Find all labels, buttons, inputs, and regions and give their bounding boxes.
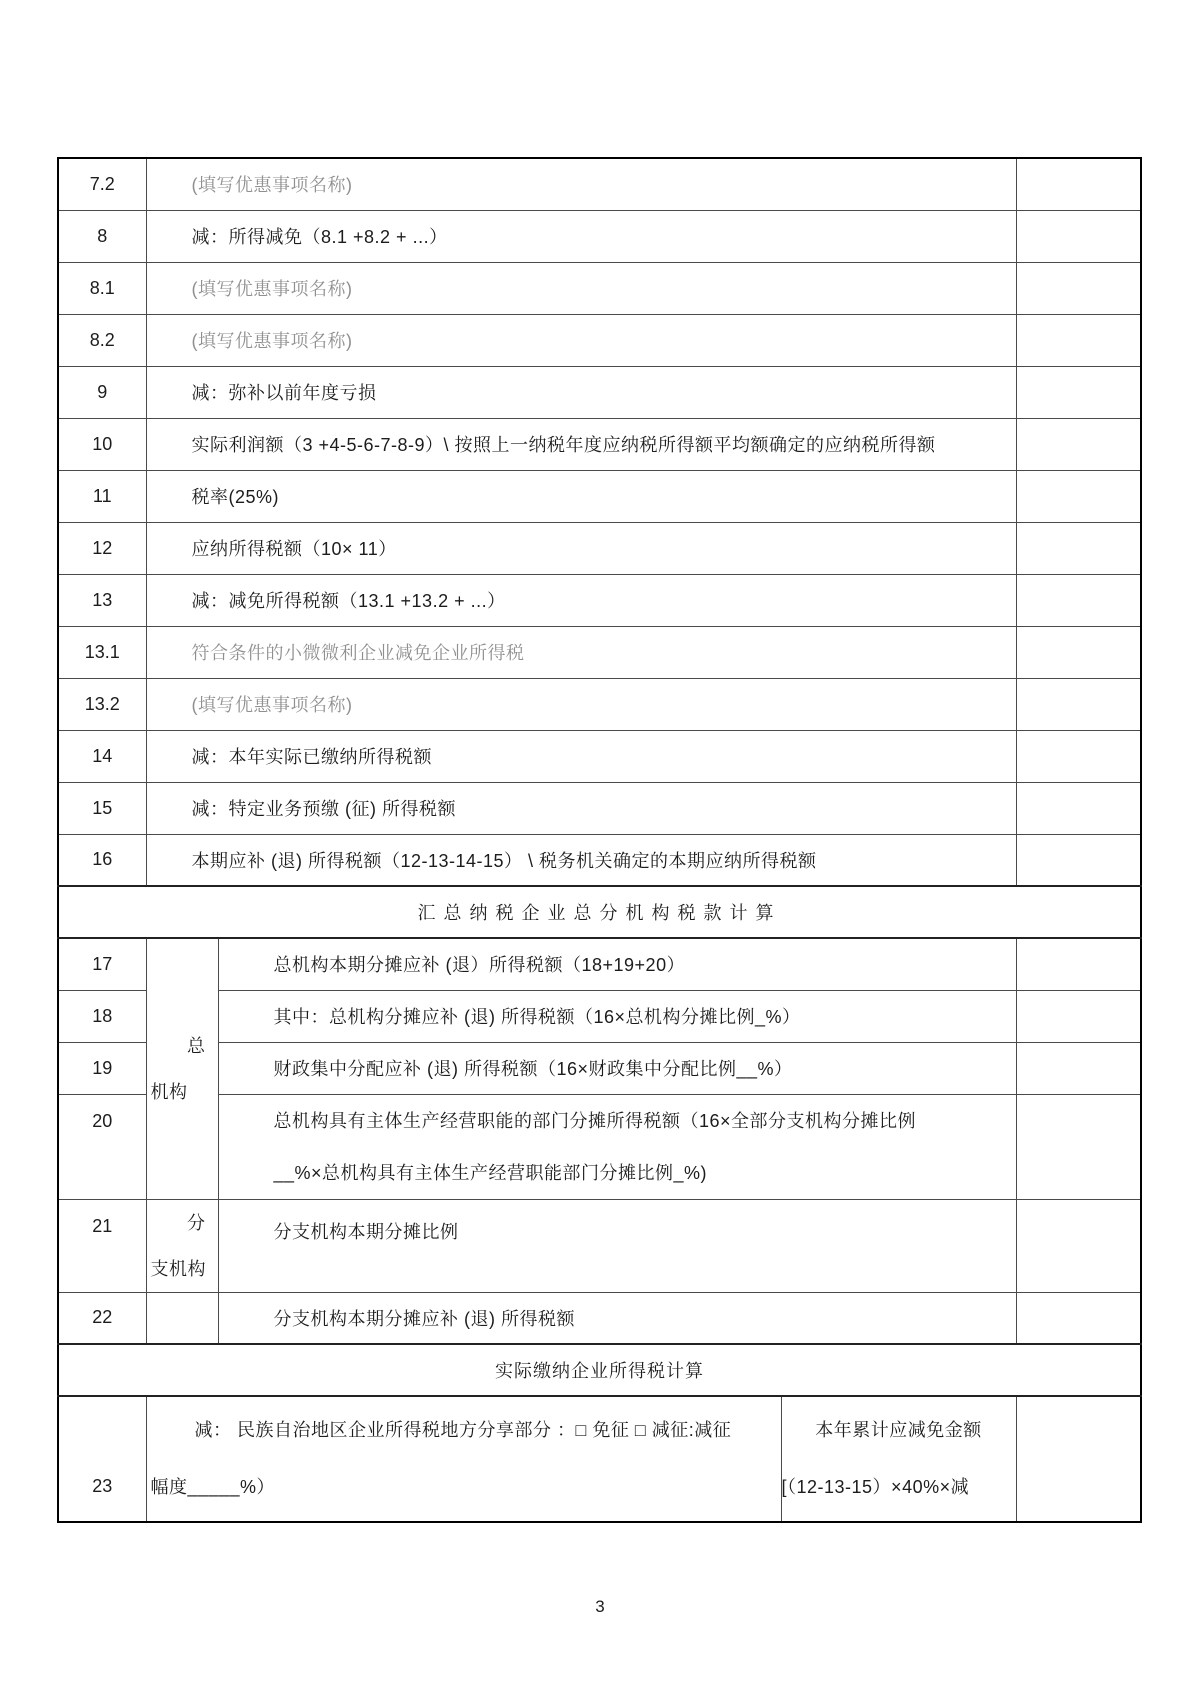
table-row: 10 实际利润额（3 +4-5-6-7-8-9）\ 按照上一纳税年度应纳税所得额… (58, 418, 1141, 470)
row-13-1-label: 符合条件的小微微利企业减免企业所得税 (146, 626, 1016, 678)
row-23-label-line2: 幅度_____%） (147, 1459, 781, 1516)
row-18-number: 18 (58, 990, 146, 1042)
section-title-consolidated-tax: 汇总纳税企业总分机构税款计算 (58, 886, 1141, 938)
row-8-2-number: 8.2 (58, 314, 146, 366)
row-10-value-cell (1016, 418, 1141, 470)
row-17-label: 总机构本期分摊应补 (退）所得税额（18+19+20） (218, 938, 1016, 990)
row-20-value-cell (1016, 1094, 1141, 1199)
row-12-label: 应纳所得税额（10× 11） (146, 522, 1016, 574)
row-22-number: 22 (58, 1292, 146, 1344)
row-23-cumulative-reduction-header: 本年累计应减免金额 [（12-13-15）×40%×减 (781, 1396, 1016, 1522)
tax-form-table-page: 7.2 (填写优惠事项名称) 8 减：所得减免（8.1 +8.2 + ...） … (57, 157, 1142, 1523)
row-13-2-label: (填写优惠事项名称) (146, 678, 1016, 730)
row-8-number: 8 (58, 210, 146, 262)
row-23-value-cell (1016, 1396, 1141, 1522)
row-22-group-cell-empty (146, 1292, 218, 1344)
row-8-2-label: (填写优惠事项名称) (146, 314, 1016, 366)
table-row: 13 减：减免所得税额（13.1 +13.2 + ...） (58, 574, 1141, 626)
table-row: 11 税率(25%) (58, 470, 1141, 522)
row-14-number: 14 (58, 730, 146, 782)
row-17-value-cell (1016, 938, 1141, 990)
table-row: 9 减：弥补以前年度亏损 (58, 366, 1141, 418)
row-20-label: 总机构具有主体生产经营职能的部门分摊所得税额（16×全部分支机构分摊比例 __%… (218, 1094, 1016, 1199)
row-15-number: 15 (58, 782, 146, 834)
row-19-number: 19 (58, 1042, 146, 1094)
row-18-value-cell (1016, 990, 1141, 1042)
section-header-row: 汇总纳税企业总分机构税款计算 (58, 886, 1141, 938)
section-header-row: 实际缴纳企业所得税计算 (58, 1344, 1141, 1396)
table-row: 19 财政集中分配应补 (退) 所得税额（16×财政集中分配比例__%） (58, 1042, 1141, 1094)
row-16-label: 本期应补 (退) 所得税额（12-13-14-15） \ 税务机关确定的本期应纳… (146, 834, 1016, 886)
row-21-value-cell (1016, 1199, 1141, 1292)
row-11-number: 11 (58, 470, 146, 522)
row-13-1-number: 13.1 (58, 626, 146, 678)
row-19-label: 财政集中分配应补 (退) 所得税额（16×财政集中分配比例__%） (218, 1042, 1016, 1094)
row-14-label: 减：本年实际已缴纳所得税额 (146, 730, 1016, 782)
row-13-1-value-cell (1016, 626, 1141, 678)
row-8-2-value-cell (1016, 314, 1141, 366)
row-23-number: 23 (58, 1396, 146, 1522)
row-21-label: 分支机构本期分摊比例 (218, 1199, 1016, 1292)
table-row: 14 减：本年实际已缴纳所得税额 (58, 730, 1141, 782)
row-22-value-cell (1016, 1292, 1141, 1344)
group-label-head-office: 总 机构 (146, 938, 218, 1199)
row-17-number: 17 (58, 938, 146, 990)
row-13-value-cell (1016, 574, 1141, 626)
table-row: 7.2 (填写优惠事项名称) (58, 158, 1141, 210)
row-21-number: 21 (58, 1199, 146, 1292)
row-15-value-cell (1016, 782, 1141, 834)
row-8-1-label: (填写优惠事项名称) (146, 262, 1016, 314)
table-row: 8.1 (填写优惠事项名称) (58, 262, 1141, 314)
table-row: 13.2 (填写优惠事项名称) (58, 678, 1141, 730)
row-12-value-cell (1016, 522, 1141, 574)
table-row: 20 总机构具有主体生产经营职能的部门分摊所得税额（16×全部分支机构分摊比例 … (58, 1094, 1141, 1199)
row-9-number: 9 (58, 366, 146, 418)
row-9-label: 减：弥补以前年度亏损 (146, 366, 1016, 418)
section-title-actual-paid-tax: 实际缴纳企业所得税计算 (58, 1344, 1141, 1396)
row-13-2-number: 13.2 (58, 678, 146, 730)
group-label-branch: 分 支机构 (146, 1199, 218, 1292)
table-row: 16 本期应补 (退) 所得税额（12-13-14-15） \ 税务机关确定的本… (58, 834, 1141, 886)
table-row: 23 减： 民族自治地区企业所得税地方分享部分 ：□ 免征 □ 减征:减征 幅度… (58, 1396, 1141, 1522)
row-10-number: 10 (58, 418, 146, 470)
table-row: 22 分支机构本期分摊应补 (退) 所得税额 (58, 1292, 1141, 1344)
row-12-number: 12 (58, 522, 146, 574)
row-23-label: 减： 民族自治地区企业所得税地方分享部分 ：□ 免征 □ 减征:减征 幅度___… (146, 1396, 781, 1522)
row-7-2-number: 7.2 (58, 158, 146, 210)
table-row: 21 分 支机构 分支机构本期分摊比例 (58, 1199, 1141, 1292)
table-row: 17 总 机构 总机构本期分摊应补 (退）所得税额（18+19+20） (58, 938, 1141, 990)
row-22-label: 分支机构本期分摊应补 (退) 所得税额 (218, 1292, 1016, 1344)
row-9-value-cell (1016, 366, 1141, 418)
row-10-label: 实际利润额（3 +4-5-6-7-8-9）\ 按照上一纳税年度应纳税所得额平均额… (146, 418, 1016, 470)
table-row: 8.2 (填写优惠事项名称) (58, 314, 1141, 366)
row-7-2-value-cell (1016, 158, 1141, 210)
row-16-value-cell (1016, 834, 1141, 886)
row-20-number: 20 (58, 1094, 146, 1199)
row-13-2-value-cell (1016, 678, 1141, 730)
row-18-label: 其中：总机构分摊应补 (退) 所得税额（16×总机构分摊比例_%） (218, 990, 1016, 1042)
table-row: 12 应纳所得税额（10× 11） (58, 522, 1141, 574)
row-8-value-cell (1016, 210, 1141, 262)
row-16-number: 16 (58, 834, 146, 886)
row-8-1-number: 8.1 (58, 262, 146, 314)
row-11-label: 税率(25%) (146, 470, 1016, 522)
row-7-2-label: (填写优惠事项名称) (146, 158, 1016, 210)
row-8-label: 减：所得减免（8.1 +8.2 + ...） (146, 210, 1016, 262)
row-15-label: 减：特定业务预缴 (征) 所得税额 (146, 782, 1016, 834)
row-11-value-cell (1016, 470, 1141, 522)
row-23-label-line1: 减： 民族自治地区企业所得税地方分享部分 ：□ 免征 □ 减征:减征 (147, 1402, 781, 1459)
table-row: 8 减：所得减免（8.1 +8.2 + ...） (58, 210, 1141, 262)
page-number: 3 (0, 1597, 1200, 1617)
row-14-value-cell (1016, 730, 1141, 782)
row-8-1-value-cell (1016, 262, 1141, 314)
row-19-value-cell (1016, 1042, 1141, 1094)
row-13-number: 13 (58, 574, 146, 626)
table-row: 15 减：特定业务预缴 (征) 所得税额 (58, 782, 1141, 834)
row-13-label: 减：减免所得税额（13.1 +13.2 + ...） (146, 574, 1016, 626)
table-row: 13.1 符合条件的小微微利企业减免企业所得税 (58, 626, 1141, 678)
tax-form-table: 7.2 (填写优惠事项名称) 8 减：所得减免（8.1 +8.2 + ...） … (57, 157, 1142, 1523)
table-row: 18 其中：总机构分摊应补 (退) 所得税额（16×总机构分摊比例_%） (58, 990, 1141, 1042)
